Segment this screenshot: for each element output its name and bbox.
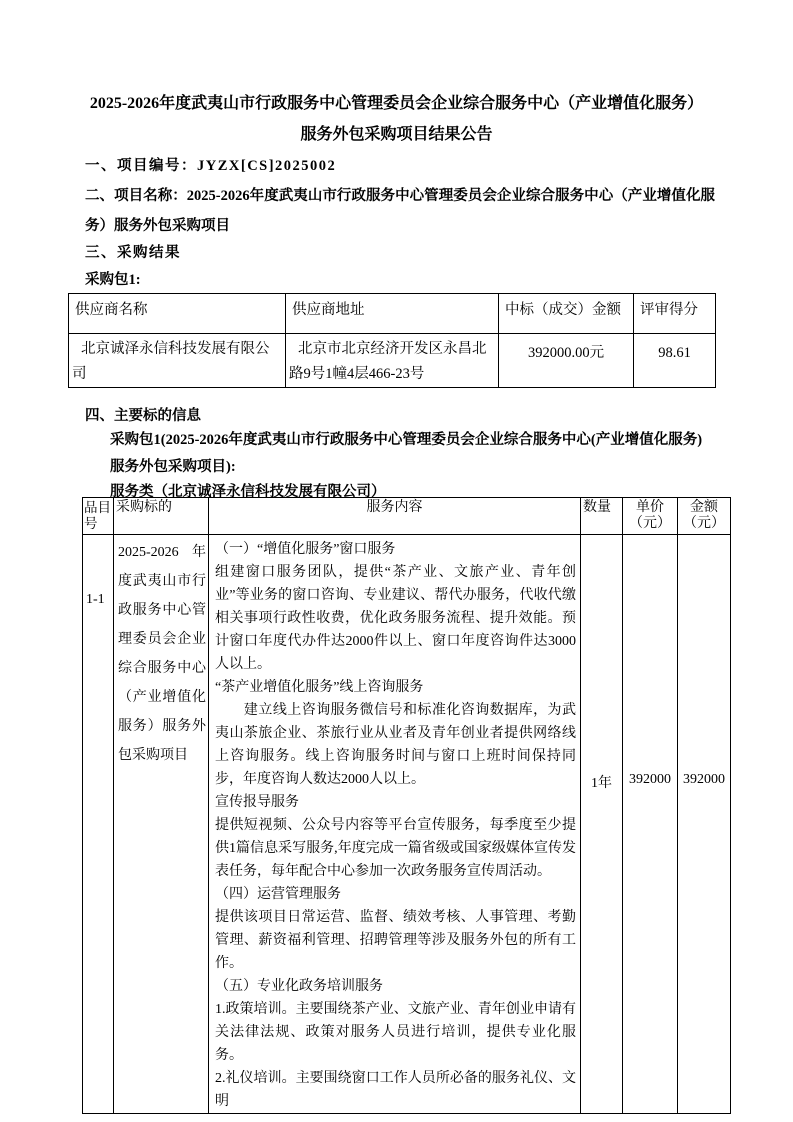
subject-cell: 2025-2026年度武夷山市行政服务中心管理委员会企业综合服务中心（产业增值化…	[114, 535, 209, 1114]
header-amount: 金额 （元）	[678, 498, 731, 535]
header-review-score: 评审得分	[634, 294, 716, 334]
detail-table-row: 1-1 2025-2026年度武夷山市行政服务中心管理委员会企业综合服务中心（产…	[83, 535, 731, 1114]
content-paragraph: 建立线上咨询服务微信号和标准化咨询数据库，为武夷山茶旅企业、茶旅行业从业者及青年…	[215, 699, 576, 791]
result-table-header-row: 供应商名称 供应商地址 中标（成交）金额 评审得分	[69, 294, 716, 334]
header-award-amount: 中标（成交）金额	[499, 294, 634, 334]
page-title: 2025-2026年度武夷山市行政服务中心管理委员会企业综合服务中心（产业增值化…	[40, 88, 753, 150]
content-paragraph: 1.政策培训。主要围绕茶产业、文旅产业、青年创业申请有关法律法规、政策对服务人员…	[215, 998, 576, 1067]
content-paragraph: 组建窗口服务团队，提供“茶产业、文旅产业、青年创业”等业务的窗口咨询、专业建议、…	[215, 561, 576, 676]
content-paragraph: 提供短视频、公众号内容等平台宣传服务，每季度至少提供1篇信息采写服务,年度完成一…	[215, 814, 576, 883]
package-label: 采购包1:	[85, 266, 141, 294]
page-title-line1: 2025-2026年度武夷山市行政服务中心管理委员会企业综合服务中心（产业增值化…	[40, 88, 753, 119]
content-paragraph: 宣传报导服务	[215, 791, 576, 814]
unit-price-cell: 392000	[623, 535, 678, 1114]
amount-cell: 392000	[678, 535, 731, 1114]
detail-table-header-row: 品目 号 采购标的 服务内容 数量 单价 （元） 金额 （元）	[83, 498, 731, 535]
procurement-result-heading: 三、采购结果	[85, 239, 181, 267]
review-score-cell: 98.61	[634, 334, 716, 388]
supplier-address-cell: 北京市北京经济开发区永昌北路9号1幢4层466-23号	[286, 334, 499, 388]
project-number-line: 一、项目编号：JYZX[CS]2025002	[85, 152, 336, 180]
package-detail-line1: 采购包1(2025-2026年度武夷山市行政服务中心管理委员会企业综合服务中心(…	[110, 426, 702, 454]
page-title-line2: 服务外包采购项目结果公告	[40, 119, 753, 150]
service-content-cell: （一）“增值化服务”窗口服务 组建窗口服务团队，提供“茶产业、文旅产业、青年创业…	[209, 535, 581, 1114]
award-amount-cell: 392000.00元	[499, 334, 634, 388]
project-name-paragraph: 二、项目名称：2025-2026年度武夷山市行政服务中心管理委员会企业综合服务中…	[85, 181, 715, 241]
header-supplier-name: 供应商名称	[69, 294, 286, 334]
content-paragraph: （一）“增值化服务”窗口服务	[215, 538, 576, 561]
content-paragraph: “茶产业增值化服务”线上咨询服务	[215, 676, 576, 699]
detail-table: 品目 号 采购标的 服务内容 数量 单价 （元） 金额 （元） 1-1 2025…	[82, 497, 731, 1114]
document-page: 2025-2026年度武夷山市行政服务中心管理委员会企业综合服务中心（产业增值化…	[0, 0, 793, 1122]
header-subject: 采购标的	[114, 498, 209, 535]
content-paragraph: 提供该项目日常运营、监督、绩效考核、人事管理、考勤管理、薪资福利管理、招聘管理等…	[215, 906, 576, 975]
header-quantity: 数量	[581, 498, 623, 535]
content-paragraph: （五）专业化政务培训服务	[215, 975, 576, 998]
content-paragraph: 2.礼仪培训。主要围绕窗口工作人员所必备的服务礼仪、文明	[215, 1067, 576, 1113]
result-table-row: 北京诚泽永信科技发展有限公司 北京市北京经济开发区永昌北路9号1幢4层466-2…	[69, 334, 716, 388]
item-no-cell: 1-1	[83, 535, 114, 1114]
header-content: 服务内容	[209, 498, 581, 535]
package-detail-line2: 服务外包采购项目):	[110, 453, 236, 481]
header-unit-price: 单价 （元）	[623, 498, 678, 535]
result-table: 供应商名称 供应商地址 中标（成交）金额 评审得分 北京诚泽永信科技发展有限公司…	[68, 293, 716, 388]
header-supplier-address: 供应商地址	[286, 294, 499, 334]
quantity-cell: 1年	[581, 535, 623, 1114]
header-item-no: 品目 号	[83, 498, 114, 535]
content-paragraph: （四）运营管理服务	[215, 883, 576, 906]
supplier-name-cell: 北京诚泽永信科技发展有限公司	[69, 334, 286, 388]
